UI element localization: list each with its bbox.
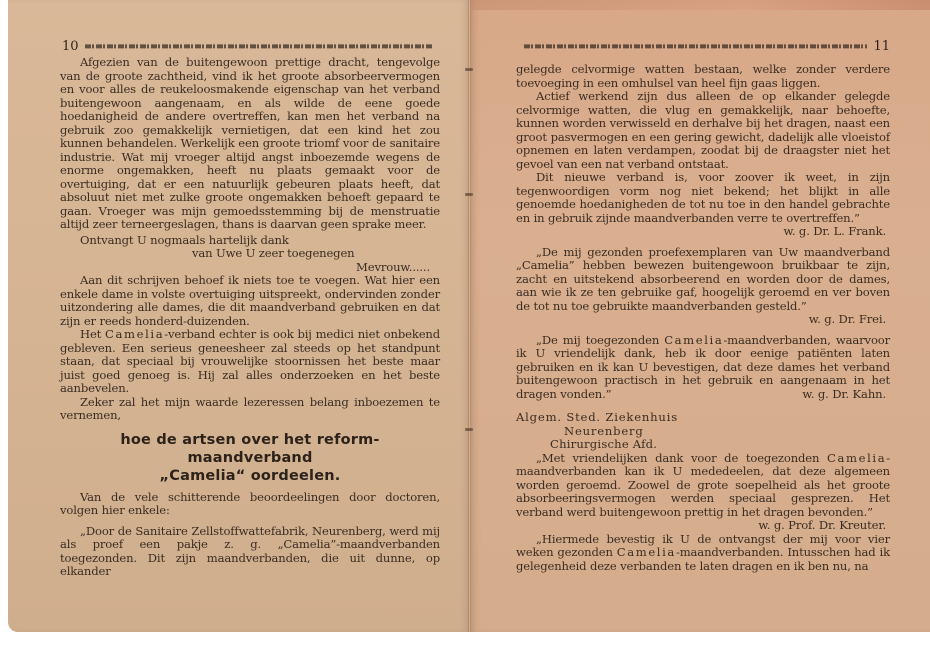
paragraph: Van de vele schitterende beoordeelingen … [60,491,440,518]
text: Het [80,327,105,341]
ornament-border-icon [524,42,867,50]
hospital-address: Algem. Sted. Ziekenhuis Neurenberg Chiru… [516,411,890,452]
book-spine-crease [468,0,471,632]
paragraph: Actief werkend zijn dus alleen de op elk… [516,90,890,171]
staple-icon [465,428,473,431]
brand-name: Camelia [664,333,723,347]
ornament-border-icon [85,42,432,50]
letter-closing: van Uwe U zeer toegenegen [60,247,440,261]
heading-line: „Camelia“ oordeelen. [60,467,440,485]
left-page-header: 10 [62,38,438,54]
hospital-name: Algem. Sted. Ziekenhuis [516,410,678,424]
paragraph: Afgezien van de buitengewoon prettige dr… [60,56,440,232]
page-number: 11 [873,39,890,54]
heading-line: hoe de artsen over het reform-maandverba… [60,431,440,467]
page-number: 10 [62,39,79,54]
brand-name: Camelia [105,327,164,341]
left-page-body: Afgezien van de buitengewoon prettige dr… [60,56,440,579]
letter-closing: Ontvangt U nogmaals hartelijk dank [60,234,440,248]
left-page: 10 Afgezien van de buitengewoon prettige… [8,0,470,632]
brand-name: Camelia [827,451,886,465]
paragraph: Zeker zal het mijn waarde lezeressen bel… [60,396,440,423]
text: „Met vriendelijken dank voor de toegezon… [536,451,827,465]
doctor-signature: w. g. Prof. Dr. Kreuter. [516,519,890,533]
section-heading: hoe de artsen over het reform-maandverba… [60,431,440,485]
right-page-body: gelegde celvormige watten bestaan, welke… [516,63,890,573]
quote-paragraph: „Met vriendelijken dank voor de toegezon… [516,452,890,520]
quote-paragraph: „Hiermede bevestig ik U de ontvangst der… [516,533,890,574]
staple-icon [465,193,473,196]
brand-name: Camelia [617,545,676,559]
paragraph: Aan dit schrijven behoef ik niets toe te… [60,274,440,328]
right-page-header: 11 [518,38,890,54]
paragraph: gelegde celvormige watten bestaan, welke… [516,63,890,90]
quote-paragraph: Dit nieuwe verband is, voor zoover ik we… [516,171,890,225]
text: „De mij toegezonden [536,333,664,347]
doctor-signature: w. g. Dr. L. Frank. [516,225,890,239]
doctor-signature: w. g. Dr. Frei. [516,313,890,327]
paragraph: Het Camelia-verband echter is ook bij me… [60,328,440,396]
quote-paragraph: „Door de Sanitaire Zellstoffwattefabrik,… [60,525,440,579]
right-page: 11 gelegde celvormige watten bestaan, we… [470,0,930,632]
staple-icon [465,68,473,71]
letter-signature: Mevrouw...... [60,261,440,275]
quote-paragraph: „De mij gezonden proefexemplaren van Uw … [516,246,890,314]
hospital-department: Chirurgische Afd. [516,438,890,452]
hospital-city: Neurenberg [516,425,890,439]
